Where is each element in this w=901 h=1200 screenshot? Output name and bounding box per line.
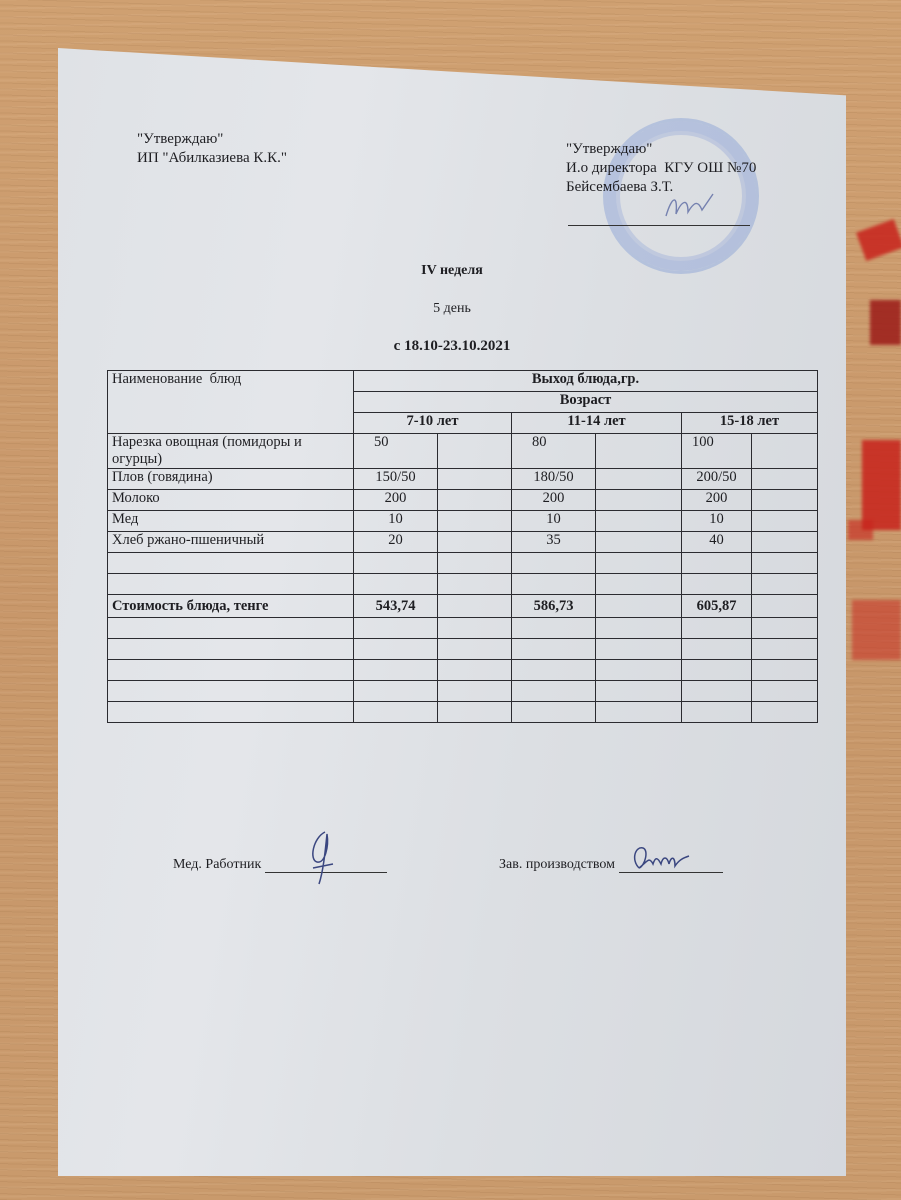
table-row: Плов (говядина) 150/50 180/50 200/50 — [108, 469, 818, 490]
dish-yield: 80 — [512, 434, 596, 469]
header-age-group: 7-10 лет — [354, 413, 512, 434]
paint-splatter — [852, 600, 901, 660]
document: "Утверждаю" ИП "Абилказиева К.К." "Утвер… — [58, 48, 846, 1176]
paint-splatter — [870, 300, 901, 345]
empty-cell — [438, 511, 512, 532]
table-row-empty — [108, 681, 818, 702]
approval-block-left: "Утверждаю" ИП "Абилказиева К.К." — [137, 130, 287, 168]
signature-label: Мед. Работник — [173, 857, 261, 872]
dish-yield: 40 — [682, 532, 752, 553]
signature-production: Зав. производством — [499, 856, 723, 873]
table-row: Хлеб ржано-пшеничный 20 35 40 — [108, 532, 818, 553]
approver-name: ИП "Абилказиева К.К." — [137, 149, 287, 168]
empty-cell — [752, 511, 818, 532]
header-age: Возраст — [354, 392, 818, 413]
signature-line — [619, 856, 723, 873]
empty-cell — [752, 532, 818, 553]
signature-medical: Мед. Работник — [173, 856, 387, 873]
dish-name: Молоко — [108, 490, 354, 511]
dish-yield: 50 — [354, 434, 438, 469]
empty-cell — [596, 490, 682, 511]
cost-value: 586,73 — [512, 595, 596, 618]
empty-cell — [752, 490, 818, 511]
dish-yield: 10 — [354, 511, 438, 532]
approver-title: И.о директора КГУ ОШ №70 — [566, 159, 756, 178]
empty-cell — [596, 511, 682, 532]
dish-yield: 10 — [682, 511, 752, 532]
cost-label: Стоимость блюда, тенге — [108, 595, 354, 618]
dish-yield: 150/50 — [354, 469, 438, 490]
dish-yield: 20 — [354, 532, 438, 553]
director-signature — [658, 186, 718, 226]
production-signature — [625, 838, 695, 878]
cost-value: 543,74 — [354, 595, 438, 618]
dish-yield: 100 — [682, 434, 752, 469]
empty-cell — [596, 532, 682, 553]
dish-name: Мед — [108, 511, 354, 532]
dish-yield: 200/50 — [682, 469, 752, 490]
empty-cell — [752, 469, 818, 490]
empty-cell — [596, 434, 682, 469]
menu-table: Наименование блюд Выход блюда,гр. Возрас… — [107, 370, 818, 723]
table-row-empty — [108, 618, 818, 639]
dish-yield: 200 — [512, 490, 596, 511]
dish-name: Хлеб ржано-пшеничный — [108, 532, 354, 553]
approval-label: "Утверждаю" — [137, 130, 287, 149]
medical-signature — [303, 824, 363, 894]
empty-cell — [438, 532, 512, 553]
empty-cell — [438, 469, 512, 490]
header-yield: Выход блюда,гр. — [354, 371, 818, 392]
dish-name: Плов (говядина) — [108, 469, 354, 490]
cost-value: 605,87 — [682, 595, 752, 618]
cost-row: Стоимость блюда, тенге 543,74 586,73 605… — [108, 595, 818, 618]
paint-splatter — [848, 520, 873, 540]
table-row: Нарезка овощная (помидоры и огурцы) 50 8… — [108, 434, 818, 469]
empty-cell — [438, 434, 512, 469]
dish-yield: 10 — [512, 511, 596, 532]
approval-label: "Утверждаю" — [566, 140, 756, 159]
dish-yield: 200 — [682, 490, 752, 511]
signature-line — [265, 856, 387, 873]
dish-yield: 35 — [512, 532, 596, 553]
table-row-empty — [108, 639, 818, 660]
empty-cell — [596, 469, 682, 490]
paint-splatter — [862, 440, 901, 530]
table-row-empty — [108, 702, 818, 723]
signature-label: Зав. производством — [499, 857, 615, 872]
table-row-empty — [108, 660, 818, 681]
header-age-group: 11-14 лет — [512, 413, 682, 434]
empty-cell — [752, 434, 818, 469]
table-row: Молоко 200 200 200 — [108, 490, 818, 511]
table-row: Мед 10 10 10 — [108, 511, 818, 532]
header-age-group: 15-18 лет — [682, 413, 818, 434]
table-row-empty — [108, 553, 818, 574]
empty-cell — [438, 490, 512, 511]
paint-splatter — [856, 219, 901, 261]
dish-name: Нарезка овощная (помидоры и огурцы) — [108, 434, 354, 469]
day-title: 5 день — [58, 301, 846, 317]
header-dish-name: Наименование блюд — [108, 371, 354, 434]
week-title: IV неделя — [58, 263, 846, 279]
dish-yield: 200 — [354, 490, 438, 511]
date-range: с 18.10-23.10.2021 — [58, 338, 846, 355]
table-row-empty — [108, 574, 818, 595]
dish-yield: 180/50 — [512, 469, 596, 490]
